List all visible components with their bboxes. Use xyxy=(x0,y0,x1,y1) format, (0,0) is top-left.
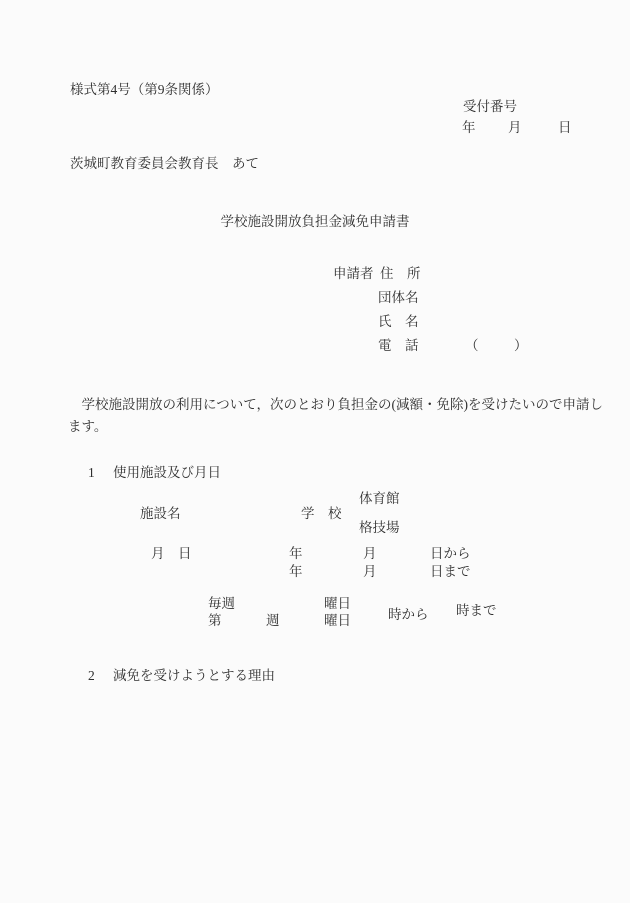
header-date-month-label: 月 xyxy=(508,120,522,135)
from-day-label: 日から xyxy=(430,546,471,561)
form-code: 様式第4号（第9条関係） xyxy=(70,82,219,97)
applicant-phone-label: 電 話 xyxy=(378,338,419,353)
phone-paren-open: （ xyxy=(465,338,479,353)
week-label: 週 xyxy=(266,613,280,628)
from-year-label: 年 xyxy=(289,546,303,561)
facility-name-label: 施設名 xyxy=(140,506,181,521)
document-title: 学校施設開放負担金減免申請書 xyxy=(0,214,630,229)
section1-heading: 使用施設及び月日 xyxy=(113,465,221,480)
monthday-label: 月 日 xyxy=(151,546,192,561)
section2-heading: 減免を受けようとする理由 xyxy=(113,668,275,683)
applicant-label: 申請者 xyxy=(333,266,374,281)
application-statement: 学校施設開放の利用について，次のとおり負担金の(減額・免除)を受けたいので申請し… xyxy=(68,394,613,437)
phone-paren-close: ） xyxy=(514,338,528,353)
addressee: 茨城町教育委員会教育長 あて xyxy=(70,156,259,171)
time-to-label: 時まで xyxy=(456,603,497,618)
martial-hall-label: 格技場 xyxy=(359,520,400,535)
weekly-label: 毎週 xyxy=(208,596,235,611)
gymnasium-label: 体育館 xyxy=(359,491,400,506)
to-year-label: 年 xyxy=(289,564,303,579)
section2-number: 2 xyxy=(88,668,95,683)
from-month-label: 月 xyxy=(363,546,377,561)
document-page: 様式第4号（第9条関係） 受付番号 年 月 日 茨城町教育委員会教育長 あて 学… xyxy=(0,0,630,903)
to-day-label: 日まで xyxy=(430,564,471,579)
section1-number: 1 xyxy=(88,465,95,480)
applicant-group-label: 団体名 xyxy=(378,290,419,305)
receipt-number-label: 受付番号 xyxy=(463,99,517,114)
applicant-name-label: 氏 名 xyxy=(378,314,419,329)
to-month-label: 月 xyxy=(363,564,377,579)
weekday2-label: 曜日 xyxy=(324,613,351,628)
weekday1-label: 曜日 xyxy=(324,596,351,611)
school-label: 学 校 xyxy=(301,506,342,521)
header-date-year-label: 年 xyxy=(462,120,476,135)
time-from-label: 時から xyxy=(388,607,429,622)
applicant-address-label: 住 所 xyxy=(380,266,421,281)
header-date-day-label: 日 xyxy=(558,120,572,135)
ordinal-label: 第 xyxy=(208,613,222,628)
